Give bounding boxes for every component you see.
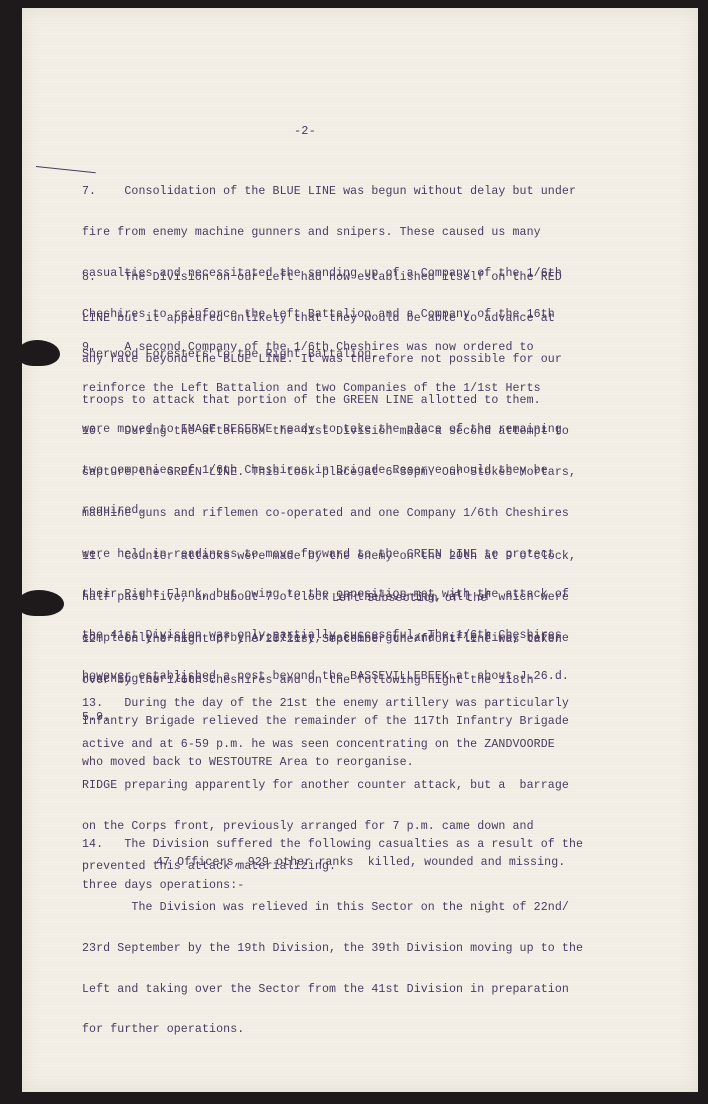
punch-hole bbox=[18, 590, 64, 616]
text-line: machine guns and riflemen co-operated an… bbox=[82, 507, 576, 521]
text-line: 10. During the afternoon the 41st Divisi… bbox=[82, 425, 576, 439]
punch-hole bbox=[18, 340, 60, 366]
text-line: three days operations:- bbox=[82, 879, 583, 893]
text-line: active and at 6-59 p.m. he was seen conc… bbox=[82, 738, 583, 752]
text-line: half past five, and about 7 o'clock in t… bbox=[82, 591, 576, 605]
text-line: 8. The Division on our Left had now esta… bbox=[82, 271, 562, 285]
text-line: 23rd September by the 19th Division, the… bbox=[82, 942, 583, 956]
text-line: for further operations. bbox=[82, 1023, 583, 1037]
text-line: 9. A second Company of the 1/6th Cheshir… bbox=[82, 341, 562, 355]
text-line: Left and taking over the Sector from the… bbox=[82, 983, 583, 997]
text-line: 14. The Division suffered the following … bbox=[82, 838, 583, 852]
text-line: fire from enemy machine gunners and snip… bbox=[82, 226, 576, 240]
text-line: 7. Consolidation of the BLUE LINE was be… bbox=[82, 185, 576, 199]
handwritten-insertion: Left Subsection of the bbox=[332, 592, 487, 606]
text-line: reinforce the Left Battalion and two Com… bbox=[82, 382, 562, 396]
casualties-summary: 47 Officers, 929 other ranks killed, wou… bbox=[156, 856, 565, 870]
text-line: 12. On the night of the 20/21st Septembe… bbox=[82, 633, 569, 647]
document-page: -2- 7. Consolidation of the BLUE LINE wa… bbox=[22, 8, 698, 1092]
text-line: RIDGE preparing apparently for another c… bbox=[82, 779, 583, 793]
text-line: 11. Counter attacks were made by the ene… bbox=[82, 550, 576, 564]
page-number: -2- bbox=[294, 125, 316, 139]
text-line: 13. During the day of the 21st the enemy… bbox=[82, 697, 583, 711]
text-line: capture the GREEN LINE. This took place … bbox=[82, 466, 576, 480]
